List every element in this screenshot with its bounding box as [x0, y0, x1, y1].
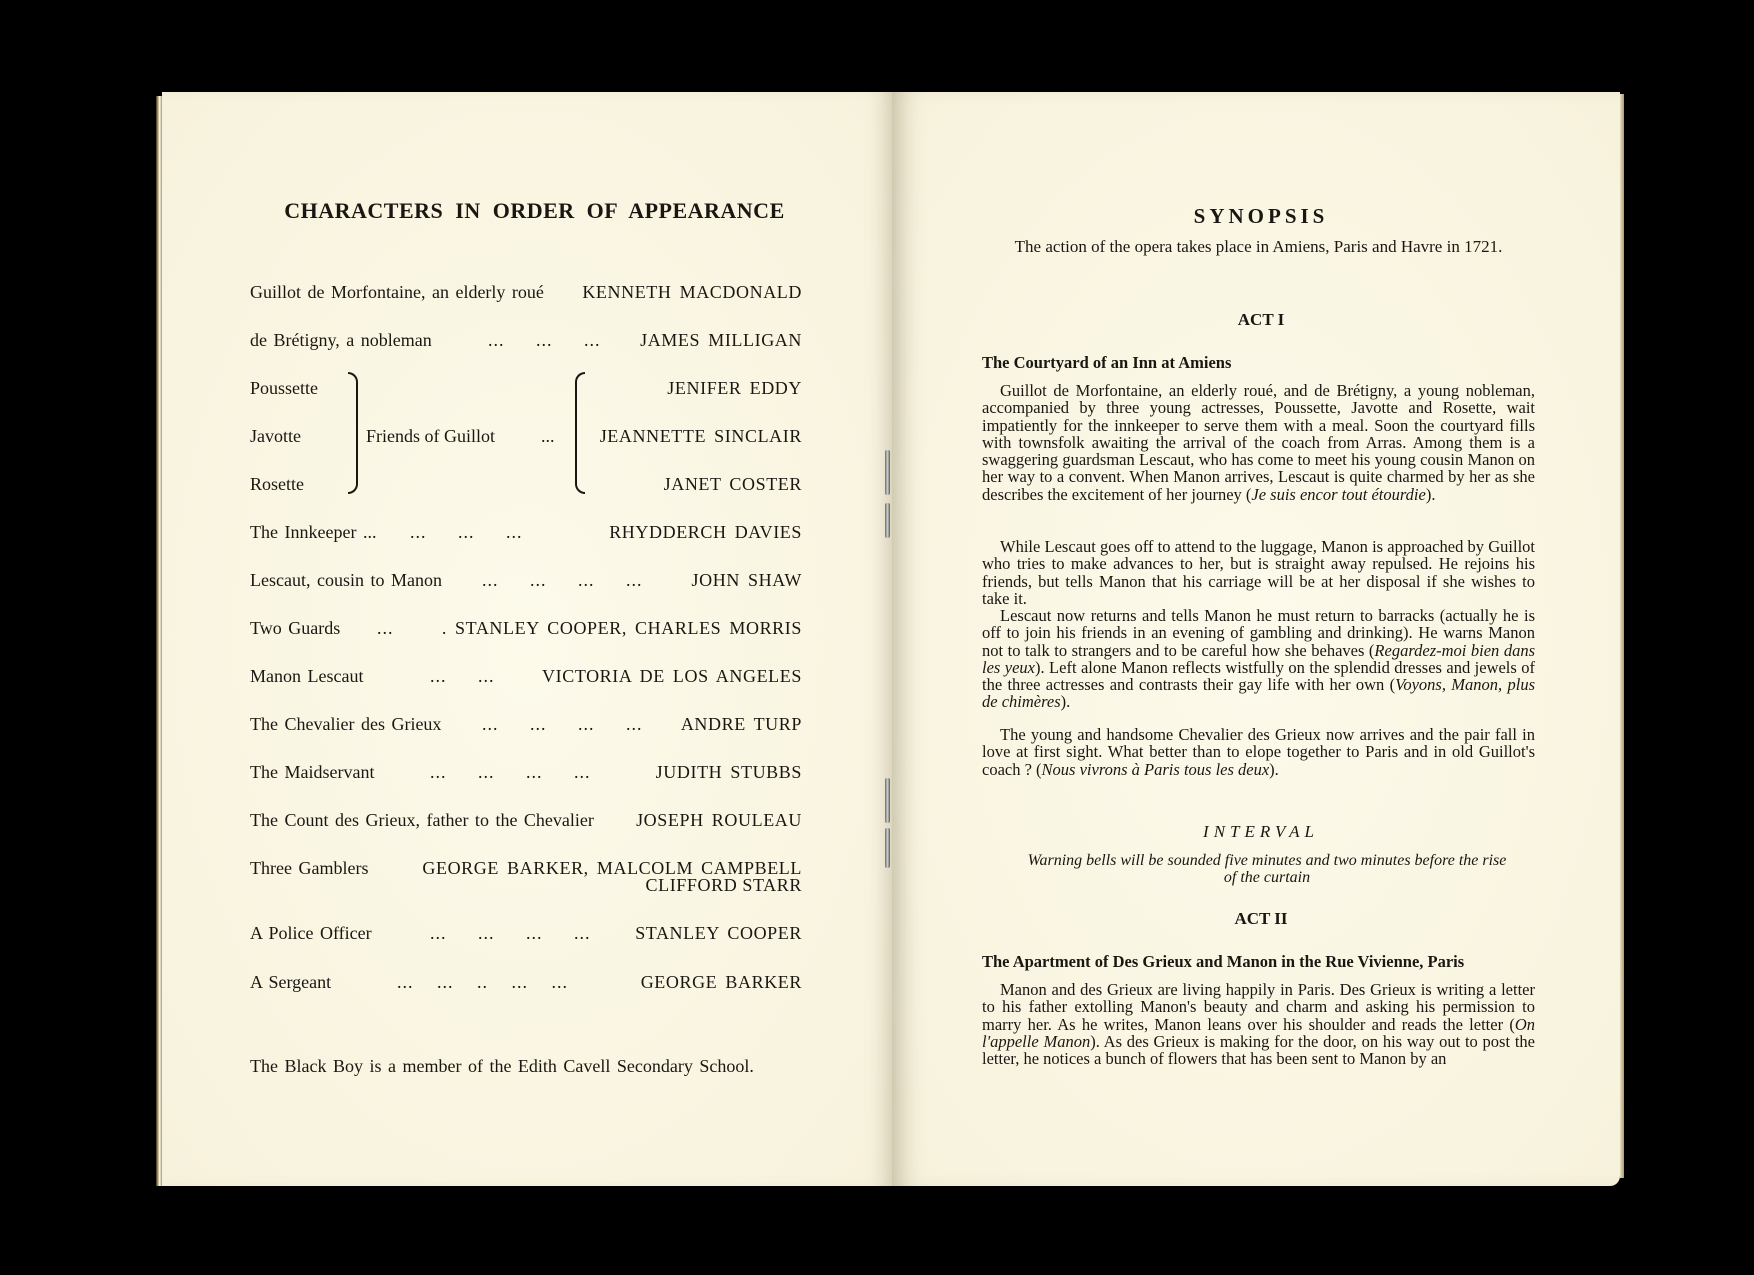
leader-dots: ... ... ... ...: [482, 570, 643, 590]
role: Lescaut, cousin to Manon: [250, 570, 442, 590]
actor: JOSEPH ROULEAU: [636, 810, 802, 830]
role: The Maidservant: [250, 762, 374, 782]
actor: JENIFER EDDY: [667, 378, 802, 398]
role: de Brétigny, a nobleman: [250, 330, 432, 350]
act-1-heading: ACT I: [892, 310, 1620, 330]
leader-dots: ... ... ... ...: [430, 762, 591, 782]
right-brace: [348, 372, 358, 494]
role: A Sergeant: [250, 972, 331, 992]
role: Guillot de Morfontaine, an elderly roué: [250, 282, 544, 302]
actor: JANET COSTER: [664, 474, 802, 494]
role: Rosette: [250, 474, 304, 494]
actor: JOHN SHAW: [692, 570, 802, 590]
actor-line-2: CLIFFORD STARR: [646, 875, 803, 895]
group-dots: ...: [541, 426, 555, 447]
actor: JAMES MILLIGAN: [640, 330, 802, 350]
staple-stitch: [885, 778, 890, 823]
synopsis-intro: The action of the opera takes place in A…: [982, 238, 1535, 256]
act-2-paragraph-1: Manon and des Grieux are living happily …: [982, 981, 1535, 1067]
right-page: SYNOPSIS The action of the opera takes p…: [892, 92, 1620, 1186]
actor: . STANLEY COOPER, CHARLES MORRIS: [442, 618, 802, 638]
role: Javotte: [250, 426, 301, 446]
leader-dots: ... ... ... ...: [430, 923, 591, 943]
actor: JEANNETTE SINCLAIR: [600, 426, 802, 446]
staple-stitch: [885, 450, 890, 495]
leader-dots: ...: [377, 618, 394, 638]
synopsis-title: SYNOPSIS: [892, 204, 1620, 229]
leader-dots: ... ... ...: [410, 522, 523, 542]
act-2-scene: The Apartment of Des Grieux and Manon in…: [982, 952, 1542, 972]
act-1-scene: The Courtyard of an Inn at Amiens: [982, 353, 1542, 373]
leader-dots: ... ... .. ... ...: [397, 972, 568, 992]
leader-dots: ... ... ... ...: [482, 714, 643, 734]
leader-dots: ... ... ...: [488, 330, 601, 350]
role: The Innkeeper ...: [250, 522, 376, 542]
role: Two Guards: [250, 618, 340, 638]
actor: ANDRE TURP: [681, 714, 802, 734]
role: Poussette: [250, 378, 318, 398]
act-1-paragraph-4: The young and handsome Chevalier des Gri…: [982, 726, 1535, 778]
actor: GEORGE BARKER: [641, 972, 802, 992]
staple-stitch: [885, 828, 890, 868]
left-page: CHARACTERS IN ORDER OF APPEARANCE Guillo…: [162, 92, 892, 1186]
cast-title: CHARACTERS IN ORDER OF APPEARANCE: [277, 198, 792, 224]
interval-note: Warning bells will be sounded five minut…: [1022, 852, 1512, 886]
left-brace: [575, 372, 585, 494]
role: Three Gamblers: [250, 858, 368, 878]
act-1-paragraph-3: Lescaut now returns and tells Manon he m…: [982, 607, 1535, 711]
act-1-paragraph-1: Guillot de Morfontaine, an elderly roué,…: [982, 382, 1535, 503]
act-2-heading: ACT II: [892, 909, 1620, 929]
interval-heading: INTERVAL: [892, 822, 1620, 842]
role: A Police Officer: [250, 923, 372, 943]
act-1-paragraph-2: While Lescaut goes off to attend to the …: [982, 538, 1535, 607]
actor: VICTORIA DE LOS ANGELES: [542, 666, 802, 686]
group-label: Friends of Guillot: [366, 426, 495, 447]
actor: STANLEY COOPER: [635, 923, 802, 943]
actor: KENNETH MACDONALD: [582, 282, 802, 302]
role: The Count des Grieux, father to the Chev…: [250, 810, 594, 830]
footnote: The Black Boy is a member of the Edith C…: [250, 1056, 802, 1077]
staple-stitch: [885, 503, 890, 538]
role: Manon Lescaut: [250, 666, 363, 686]
actor: RHYDDERCH DAVIES: [609, 522, 802, 542]
role: The Chevalier des Grieux: [250, 714, 441, 734]
actor: JUDITH STUBBS: [656, 762, 802, 782]
leader-dots: ... ...: [430, 666, 495, 686]
